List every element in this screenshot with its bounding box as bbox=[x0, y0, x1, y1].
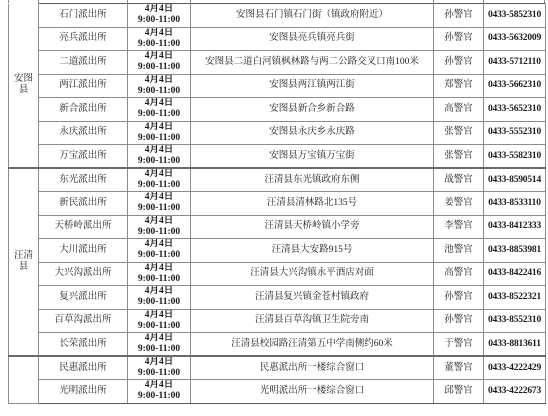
phone-cell: 0433-5662310 bbox=[484, 74, 546, 98]
time-text: 9:00-11:00 bbox=[130, 297, 188, 308]
officer-cell: 战警官 bbox=[434, 168, 484, 192]
station-cell: 东光派出所 bbox=[39, 168, 128, 192]
phone-cell: 0433-5582310 bbox=[484, 145, 546, 169]
officer-cell: 张警官 bbox=[434, 145, 484, 169]
time-text: 9:00-11:00 bbox=[130, 321, 188, 332]
phone-cell: 0433-5712110 bbox=[484, 51, 546, 75]
officer-cell: 姜警官 bbox=[434, 192, 484, 216]
date-time-cell: 4月4日9:00-11:00 bbox=[128, 27, 191, 51]
address-cell: 民惠派出所一楼综合窗口 bbox=[191, 356, 434, 380]
address-cell: 安图县两江镇两江街 bbox=[191, 74, 434, 98]
time-text: 9:00-11:00 bbox=[130, 39, 188, 50]
table-row: 新民派出所4月4日9:00-11:00汪清县清林路北135号姜警官0433-85… bbox=[9, 192, 546, 216]
date-time-cell: 4月4日9:00-11:00 bbox=[128, 215, 191, 239]
time-text: 9:00-11:00 bbox=[130, 274, 188, 285]
officer-cell: 李警官 bbox=[434, 215, 484, 239]
time-text: 9:00-11:00 bbox=[130, 62, 188, 73]
table-row: 天桥岭派出所4月4日9:00-11:00汪清县天桥岭镇小学旁李警官0433-84… bbox=[9, 215, 546, 239]
time-text: 9:00-11:00 bbox=[130, 203, 188, 214]
time-text: 9:00-11:00 bbox=[130, 250, 188, 261]
table-row: 安图县石门派出所4月4日9:00-11:00安图县石门镇石门街（镇政府附近）孙警… bbox=[9, 4, 546, 28]
document-page: 安图县石门派出所4月4日9:00-11:00安图县石门镇石门街（镇政府附近）孙警… bbox=[0, 0, 548, 416]
officer-cell: 孙警官 bbox=[434, 309, 484, 333]
date-text: 4月4日 bbox=[130, 169, 188, 180]
table-row: 百草沟派出所4月4日9:00-11:00汪清县百草沟镇卫生院旁南孙警官0433-… bbox=[9, 309, 546, 333]
officer-cell: 孙警官 bbox=[434, 51, 484, 75]
officer-cell: 高警官 bbox=[434, 262, 484, 286]
table-row: 万宝派出所4月4日9:00-11:00安图县万宝镇万宝街张警官0433-5582… bbox=[9, 145, 546, 169]
date-text: 4月4日 bbox=[130, 263, 188, 274]
date-text: 4月4日 bbox=[130, 357, 188, 368]
station-cell: 百草沟派出所 bbox=[39, 309, 128, 333]
date-text: 4月4日 bbox=[130, 75, 188, 86]
officer-cell: 于警官 bbox=[434, 333, 484, 357]
phone-cell: 0433-8813611 bbox=[484, 333, 546, 357]
address-cell: 汪清县天桥岭镇小学旁 bbox=[191, 215, 434, 239]
station-cell: 新合派出所 bbox=[39, 98, 128, 122]
table-row: 长荣派出所4月4日9:00-11:00汪清县校园路汪清第五中学南侧约60米于警官… bbox=[9, 333, 546, 357]
station-cell: 新民派出所 bbox=[39, 192, 128, 216]
date-text: 4月4日 bbox=[130, 28, 188, 39]
date-time-cell: 4月4日9:00-11:00 bbox=[128, 121, 191, 145]
table-row: 二道派出所4月4日9:00-11:00安图县二道白河镇枫林路与两二公路交叉口南1… bbox=[9, 51, 546, 75]
date-time-cell: 4月4日9:00-11:00 bbox=[128, 4, 191, 28]
table-row: 汪清县东光派出所4月4日9:00-11:00汪清县东光镇政府东侧战警官0433-… bbox=[9, 168, 546, 192]
station-cell: 大兴沟派出所 bbox=[39, 262, 128, 286]
station-cell: 民惠派出所 bbox=[39, 356, 128, 380]
table-row: 新合派出所4月4日9:00-11:00安图县新合乡新合路高警官0433-5652… bbox=[9, 98, 546, 122]
phone-cell: 0433-4222673 bbox=[484, 380, 546, 404]
table-row: 大兴沟派出所4月4日9:00-11:00汪清县大兴沟镇永平酒店对面高警官0433… bbox=[9, 262, 546, 286]
date-text: 4月4日 bbox=[130, 216, 188, 227]
station-cell: 永庆派出所 bbox=[39, 121, 128, 145]
address-cell: 汪清县复兴镇金苍村镇政府 bbox=[191, 286, 434, 310]
address-cell: 安图县永庆乡永庆路 bbox=[191, 121, 434, 145]
phone-cell: 0433-4222429 bbox=[484, 356, 546, 380]
date-text: 4月4日 bbox=[130, 98, 188, 109]
station-cell: 亮兵派出所 bbox=[39, 27, 128, 51]
date-text: 4月4日 bbox=[130, 122, 188, 133]
address-cell: 汪清县清林路北135号 bbox=[191, 192, 434, 216]
phone-cell: 0433-5632009 bbox=[484, 27, 546, 51]
date-text: 4月4日 bbox=[130, 192, 188, 203]
date-time-cell: 4月4日9:00-11:00 bbox=[128, 356, 191, 380]
time-text: 9:00-11:00 bbox=[130, 15, 188, 26]
date-time-cell: 4月4日9:00-11:00 bbox=[128, 309, 191, 333]
time-text: 9:00-11:00 bbox=[130, 344, 188, 355]
date-time-cell: 4月4日9:00-11:00 bbox=[128, 168, 191, 192]
phone-cell: 0433-8522321 bbox=[484, 286, 546, 310]
time-text: 9:00-11:00 bbox=[130, 86, 188, 97]
phone-cell: 0433-8590514 bbox=[484, 168, 546, 192]
county-cell: 安图县 bbox=[9, 4, 39, 169]
date-time-cell: 4月4日9:00-11:00 bbox=[128, 286, 191, 310]
date-text: 4月4日 bbox=[130, 310, 188, 321]
station-cell: 两江派出所 bbox=[39, 74, 128, 98]
table-row: 大川派出所4月4日9:00-11:00汪清县大安路915号池警官0433-885… bbox=[9, 239, 546, 263]
police-station-roster-table: 安图县石门派出所4月4日9:00-11:00安图县石门镇石门街（镇政府附近）孙警… bbox=[8, 3, 546, 404]
table-row: 光明派出所4月4日9:00-11:00光明派出所一楼综合窗口邱警官0433-42… bbox=[9, 380, 546, 404]
date-text: 4月4日 bbox=[130, 333, 188, 344]
station-cell: 石门派出所 bbox=[39, 4, 128, 28]
station-cell: 大川派出所 bbox=[39, 239, 128, 263]
phone-cell: 0433-8533110 bbox=[484, 192, 546, 216]
officer-cell: 郑警官 bbox=[434, 74, 484, 98]
time-text: 9:00-11:00 bbox=[130, 391, 188, 402]
phone-cell: 0433-5552310 bbox=[484, 121, 546, 145]
date-time-cell: 4月4日9:00-11:00 bbox=[128, 145, 191, 169]
address-cell: 汪清县大兴沟镇永平酒店对面 bbox=[191, 262, 434, 286]
phone-cell: 0433-8422416 bbox=[484, 262, 546, 286]
phone-cell: 0433-8412333 bbox=[484, 215, 546, 239]
officer-cell: 孙警官 bbox=[434, 4, 484, 28]
address-cell: 安图县二道白河镇枫林路与两二公路交叉口南100米 bbox=[191, 51, 434, 75]
date-time-cell: 4月4日9:00-11:00 bbox=[128, 192, 191, 216]
time-text: 9:00-11:00 bbox=[130, 156, 188, 167]
table-row: 永庆派出所4月4日9:00-11:00安图县永庆乡永庆路张警官0433-5552… bbox=[9, 121, 546, 145]
station-cell: 长荣派出所 bbox=[39, 333, 128, 357]
officer-cell: 孙警官 bbox=[434, 27, 484, 51]
station-cell: 天桥岭派出所 bbox=[39, 215, 128, 239]
phone-cell: 0433-8853981 bbox=[484, 239, 546, 263]
date-time-cell: 4月4日9:00-11:00 bbox=[128, 74, 191, 98]
address-cell: 安图县新合乡新合路 bbox=[191, 98, 434, 122]
time-text: 9:00-11:00 bbox=[130, 180, 188, 191]
address-cell: 汪清县东光镇政府东侧 bbox=[191, 168, 434, 192]
officer-cell: 孙警官 bbox=[434, 286, 484, 310]
date-text: 4月4日 bbox=[130, 380, 188, 391]
table-row: 复兴派出所4月4日9:00-11:00汪清县复兴镇金苍村镇政府孙警官0433-8… bbox=[9, 286, 546, 310]
table-row: 民惠派出所4月4日9:00-11:00民惠派出所一楼综合窗口董警官0433-42… bbox=[9, 356, 546, 380]
county-cell bbox=[9, 356, 39, 403]
address-cell: 安图县万宝镇万宝街 bbox=[191, 145, 434, 169]
time-text: 9:00-11:00 bbox=[130, 227, 188, 238]
phone-cell: 0433-5852310 bbox=[484, 4, 546, 28]
station-cell: 万宝派出所 bbox=[39, 145, 128, 169]
date-text: 4月4日 bbox=[130, 51, 188, 62]
address-cell: 安图县石门镇石门街（镇政府附近） bbox=[191, 4, 434, 28]
time-text: 9:00-11:00 bbox=[130, 368, 188, 379]
phone-cell: 0433-5652310 bbox=[484, 98, 546, 122]
table-row: 亮兵派出所4月4日9:00-11:00安图县亮兵镇亮兵街孙警官0433-5632… bbox=[9, 27, 546, 51]
table-row: 两江派出所4月4日9:00-11:00安图县两江镇两江街郑警官0433-5662… bbox=[9, 74, 546, 98]
officer-cell: 邱警官 bbox=[434, 380, 484, 404]
officer-cell: 张警官 bbox=[434, 121, 484, 145]
address-cell: 光明派出所一楼综合窗口 bbox=[191, 380, 434, 404]
date-time-cell: 4月4日9:00-11:00 bbox=[128, 262, 191, 286]
time-text: 9:00-11:00 bbox=[130, 133, 188, 144]
station-cell: 二道派出所 bbox=[39, 51, 128, 75]
address-cell: 安图县亮兵镇亮兵街 bbox=[191, 27, 434, 51]
date-time-cell: 4月4日9:00-11:00 bbox=[128, 380, 191, 404]
date-text: 4月4日 bbox=[130, 239, 188, 250]
time-text: 9:00-11:00 bbox=[130, 109, 188, 120]
date-time-cell: 4月4日9:00-11:00 bbox=[128, 51, 191, 75]
station-cell: 光明派出所 bbox=[39, 380, 128, 404]
address-cell: 汪清县百草沟镇卫生院旁南 bbox=[191, 309, 434, 333]
officer-cell: 高警官 bbox=[434, 98, 484, 122]
date-text: 4月4日 bbox=[130, 4, 188, 15]
date-time-cell: 4月4日9:00-11:00 bbox=[128, 98, 191, 122]
date-time-cell: 4月4日9:00-11:00 bbox=[128, 333, 191, 357]
county-cell: 汪清县 bbox=[9, 168, 39, 356]
phone-cell: 0433-8552310 bbox=[484, 309, 546, 333]
address-cell: 汪清县校园路汪清第五中学南侧约60米 bbox=[191, 333, 434, 357]
date-text: 4月4日 bbox=[130, 286, 188, 297]
date-text: 4月4日 bbox=[130, 145, 188, 156]
date-time-cell: 4月4日9:00-11:00 bbox=[128, 239, 191, 263]
officer-cell: 池警官 bbox=[434, 239, 484, 263]
officer-cell: 董警官 bbox=[434, 356, 484, 380]
station-cell: 复兴派出所 bbox=[39, 286, 128, 310]
address-cell: 汪清县大安路915号 bbox=[191, 239, 434, 263]
